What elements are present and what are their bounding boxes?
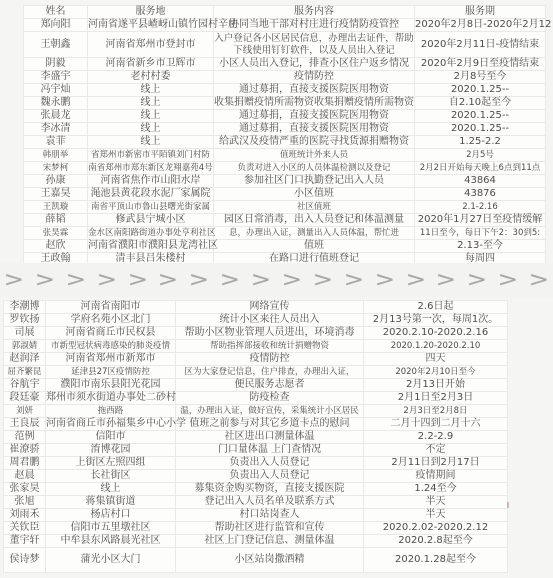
cell-service-period: 2月5号 [415, 149, 546, 162]
cell-service-location: 淯博花园 [46, 444, 176, 457]
cell-service-location: 线上 [88, 110, 214, 123]
cell-service-location: 长社街区 [46, 470, 176, 483]
page-break-divider: > > > > > > > > > > > > > > > > > > [0, 263, 553, 297]
cell-volunteer-name: 李冰清 [24, 123, 88, 136]
cell-volunteer-name: 赵润泽 [4, 353, 46, 366]
table-row: 李盛宇 老村村委 疫情防控 2月8号至今 [24, 71, 546, 84]
cell-service-content: 帮助社区进行监管和宣传 [176, 522, 364, 535]
cell-service-period: 四天 [364, 353, 508, 366]
cell-service-content: 帮助指挥部接收和统计捐赠物资 [176, 340, 364, 353]
cell-volunteer-name: 李盛宇 [24, 71, 88, 84]
header-row: 姓名 服务地 服务内容 服务期 [24, 6, 546, 19]
cell-service-period: 1.25-2.2 [415, 136, 546, 149]
cell-service-period: 2020年1月27日至疫情缓解 [415, 214, 546, 227]
cell-volunteer-name: 郑向阳 [24, 19, 88, 32]
chevron-right-icon: > [345, 267, 363, 293]
cell-service-location: 上街区左照四组 [46, 457, 176, 470]
cell-service-content: 疫情防控 [176, 353, 364, 366]
cell-service-content: 小区人员出入登记，排查小区住户返乡情况 [214, 58, 415, 71]
chevron-right-icon: > [437, 267, 455, 293]
chevron-right-icon: > [499, 267, 517, 293]
chevron-right-icon: > [252, 267, 270, 293]
table-row: 阴毅 河南省新乡市卫辉市 小区人员出入登记，排查小区住户返乡情况 2020年2月… [24, 58, 546, 71]
cell-volunteer-name: 董宇轩 [4, 535, 46, 548]
cell-service-location: 延津县27区疫情防控 [46, 366, 176, 379]
cell-service-content: 区为大家登记信息，住户排查，办理出入证， [176, 366, 364, 379]
cell-service-content: 协同当地干部对村庄进行疫情防疫管控 [214, 19, 415, 32]
cell-service-content: 社区进出口测量体温 [176, 431, 364, 444]
cell-service-location: 河南省焦作市山阳水岸 [88, 175, 214, 188]
cell-service-content: 小区站岗撒酒精 [176, 548, 364, 573]
table-row: 赵润泽 河南省郑州市新郑市 疫情防控 四天 [4, 353, 508, 366]
cell-service-location: 线上 [46, 483, 176, 496]
table-row: 韩朋举 省郑州市新密市平陌镇刘门村防 值班统计外来人员 2月5号 [24, 149, 546, 162]
cell-service-location: 河南省濮阳市濮阳县龙湾社区 [88, 240, 214, 253]
table-row: 王凯璇 南省平顶山市鲁山县曙光街家属 社区值班 2.1-2.16 [24, 201, 546, 214]
cell-service-location: 渑池县黄花段水泥厂家属院 [88, 188, 214, 201]
table-row: 张昊霖 金水区南阳路街道办事处亨利社区 息，办理出入证，测量出入人员体温，帮忙进… [24, 227, 546, 240]
cell-service-period: 不定 [364, 444, 508, 457]
table-row: 魏永鹏 线上 收集捐赠疫情所需物资收集捐赠疫情所需物资 自2.10起至今 [24, 97, 546, 110]
cell-volunteer-name: 周君鹏 [4, 457, 46, 470]
table-row: 崔潦骄 淯博花园 门口量体温 上门查情况 不定 [4, 444, 508, 457]
cell-volunteer-name: 王嘉昊 [24, 188, 88, 201]
table-top-body: 郑向阳 河南省遂平县嵖岈山镇竹园村辛庄 协同当地干部对村庄进行疫情防疫管控 20… [24, 19, 546, 266]
cell-service-content: 负责出入人员登记 [176, 470, 364, 483]
chevron-right-icon: > [159, 267, 177, 293]
cell-service-content: 值班之前参与对其它乡道卡点的慰问 [176, 418, 364, 431]
cell-service-period: 二月十四到二月十六 [364, 418, 508, 431]
table-row: 张晨龙 线上 通过募捐，直接支援医院医用物资 2020.1.25-- [24, 110, 546, 123]
cell-service-location: 蒋集镇街道 [46, 496, 176, 509]
cell-volunteer-name: 谷航宇 [4, 379, 46, 392]
cell-service-period: 疫情期间 [364, 470, 508, 483]
service-table-bottom: 李潮博 河南省南阳市 网络宣传 2.6日起 罗钦扬 学府名苑小区北门 统计小区来… [3, 300, 508, 573]
cell-service-period: 自2.10起至今 [415, 97, 546, 110]
cell-volunteer-name: 韩朋举 [24, 149, 88, 162]
table-row: 关钦臣 信阳市五里墩社区 帮助社区进行监管和宣传 2020.2.02-2020.… [4, 522, 508, 535]
cell-service-content: 息，办理出入证，测量出入人员体温，帮忙进 [214, 227, 415, 240]
cell-service-period: 2020.1.28起至今 [364, 548, 508, 573]
cell-volunteer-name: 赵欣 [24, 240, 88, 253]
cell-volunteer-name: 范例 [4, 431, 46, 444]
cell-service-location: 河南省商丘市民权县 [46, 327, 176, 340]
chevron-right-icon: > [530, 267, 548, 293]
cell-service-period: 2020.2.8起至今 [364, 535, 508, 548]
table-row: 段廷豪 郑州市须水街道办事处二砂村 防疫检查 2月1日至2月3日 [4, 392, 508, 405]
cell-volunteer-name: 刘妍 [4, 405, 46, 418]
table-row: 李冰清 线上 通过募捐，直接支援医院医用物资 2020.1.25-- [24, 123, 546, 136]
cell-service-content: 村口站岗查人 [176, 509, 364, 522]
chevron-right-icon: > [283, 267, 301, 293]
spreadsheet-page: 姓名 服务地 服务内容 服务期 郑向阳 河南省遂平县嵖岈山镇竹园村辛庄 协同当地… [0, 0, 553, 578]
cell-service-location: 河南省南阳市 [46, 301, 176, 314]
cell-volunteer-name: 魏永鹏 [24, 97, 88, 110]
table-row: 孙康 河南省焦作市山阳水岸 参加社区门口执勤登记出入人员 43864 [24, 175, 546, 188]
chevron-right-icon: > [221, 267, 239, 293]
table-row: 王嘉昊 渑池县黄花段水泥厂家属院 小区值班 43876 [24, 188, 546, 201]
cell-service-location: 河南省郑州市登封市 [88, 32, 214, 58]
cell-service-content: 登记出入人员名单及联系方式 [176, 496, 364, 509]
chevron-right-icon: > [5, 267, 23, 293]
cell-volunteer-name: 罗钦扬 [4, 314, 46, 327]
smudge-artifact [507, 502, 509, 508]
cell-service-location: 河南省郑州市新郑市 [46, 353, 176, 366]
cell-volunteer-name: 侯诗梦 [4, 548, 46, 573]
table-row: 董宇轩 中牟县东风路晨光社区 社区上门登记信息、测量体温 2020.2.8起至今 [4, 535, 508, 548]
cell-service-period: 2020.1.25-- [415, 123, 546, 136]
table-row: 宋梦柯 南省郑州市郑东新区龙翔嘉苑4号 负责对进入小区的人员体温检测以及登记 2… [24, 162, 546, 175]
cell-service-content: 便民服务志愿者 [176, 379, 364, 392]
cell-service-period: 2020.2.02-2020.2.12 [364, 522, 508, 535]
cell-service-content: 负责对进入小区的人员体温检测以及登记 [214, 162, 415, 175]
cell-service-location: 老村村委 [88, 71, 214, 84]
cell-service-content: 统计小区来往人员出入 [176, 314, 364, 327]
cell-service-content: 给武汉及疫情严重的医院寻找货源捐赠物资 [214, 136, 415, 149]
cell-service-location: 信阳市 [46, 431, 176, 444]
cell-service-location: 线上 [88, 136, 214, 149]
col-header-content: 服务内容 [214, 6, 415, 19]
table-row: 谷航宇 濮阳市南乐县阳光花园 便民服务志愿者 2月13日开始 [4, 379, 508, 392]
table-row: 冯宇灿 线上 通过募捐，直接支援医院医用物资 2020.1.25-- [24, 84, 546, 97]
chevron-right-icon: > [98, 267, 116, 293]
table-row: 王朝鑫 河南省郑州市登封市 入户登记各小区居民信息，办理出去证件，帮助下线使用钉… [24, 32, 546, 58]
cell-service-location: 修武县宁城小区 [88, 214, 214, 227]
table-row: 周君鹏 上街区左照四组 负责出入人员登记 2月11日到2月17日 [4, 457, 508, 470]
table-row: 罗钦扬 学府名苑小区北门 统计小区来往人员出入 2月13号第一次，每周1次。 [4, 314, 508, 327]
cell-service-location: 郑州市须水街道办事处二砂村 [46, 392, 176, 405]
cell-volunteer-name: 王朝鑫 [24, 32, 88, 58]
col-header-location: 服务地 [88, 6, 214, 19]
cell-service-content: 小区值班 [214, 188, 415, 201]
cell-service-location: 线上 [88, 84, 214, 97]
cell-service-content: 园区日常消毒，出入人员登记和体温测量 [214, 214, 415, 227]
table-row: 刘雨禾 杨店村口 村口站岗查人 半天 [4, 509, 508, 522]
chevron-right-icon: > [376, 267, 394, 293]
cell-service-period: 2020年2月10日至今 [364, 366, 508, 379]
table-row: 王良辰 河南省商丘市孙福集乡中心小学 值班之前参与对其它乡道卡点的慰问 二月十四… [4, 418, 508, 431]
cell-service-location: 市新型冠状病毒感染的肺炎疫情 [46, 340, 176, 353]
cell-service-period: 半天 [364, 496, 508, 509]
cell-service-location: 南省郑州市郑东新区龙翔嘉苑4号 [88, 162, 214, 175]
cell-service-content: 通过募捐，直接支援医院医用物资 [214, 110, 415, 123]
cell-volunteer-name: 司展 [4, 327, 46, 340]
cell-service-location: 南省平顶山市鲁山县曙光街家属 [88, 201, 214, 214]
table-row: 郑向阳 河南省遂平县嵖岈山镇竹园村辛庄 协同当地干部对村庄进行疫情防疫管控 20… [24, 19, 546, 32]
table-row: 屈齐繁昆 延津县27区疫情防控 区为大家登记信息，住户排查，办理出入证， 202… [4, 366, 508, 379]
cell-service-location: 学府名苑小区北门 [46, 314, 176, 327]
cell-volunteer-name: 王凯璇 [24, 201, 88, 214]
table-row: 郭淑婧 市新型冠状病毒感染的肺炎疫情 帮助指挥部接收和统计捐赠物资 2020.1… [4, 340, 508, 353]
cell-service-location: 线上 [88, 123, 214, 136]
cell-volunteer-name: 李潮博 [4, 301, 46, 314]
cell-service-content: 社区值班 [214, 201, 415, 214]
table-header-body: 姓名 服务地 服务内容 服务期 [24, 6, 546, 19]
cell-service-period: 2020.2.10-2020.2.16 [364, 327, 508, 340]
table-row: 赵晨 长社街区 负责出入人员登记 疫情期间 [4, 470, 508, 483]
table-row: 刘妍 拖西路 温，办理出入证，做好宣传，采集统计小区居民 2月3日至2月8日 [4, 405, 508, 418]
cell-volunteer-name: 宋梦柯 [24, 162, 88, 175]
chevron-right-icon: > [314, 267, 332, 293]
cell-service-location: 河南省新乡市卫辉市 [88, 58, 214, 71]
cell-volunteer-name: 张旭 [4, 496, 46, 509]
cell-service-location: 河南省商丘市孙福集乡中心小学 [46, 418, 176, 431]
table-row: 赵欣 河南省濮阳市濮阳县龙湾社区 值班 2.13-至今 [24, 240, 546, 253]
cell-volunteer-name: 冯宇灿 [24, 84, 88, 97]
cell-service-content: 入户登记各小区居民信息，办理出去证件，帮助下线使用钉钉软件，以及人员出入登记 [214, 32, 415, 58]
cell-service-period: 2月3日至2月8日 [364, 405, 508, 418]
cell-service-location: 信阳市五里墩社区 [46, 522, 176, 535]
cell-service-period: 2.2-2.9 [364, 431, 508, 444]
cell-service-period: 2月1日至2月3日 [364, 392, 508, 405]
cell-volunteer-name: 关钦臣 [4, 522, 46, 535]
service-table-top: 姓名 服务地 服务内容 服务期 郑向阳 河南省遂平县嵖岈山镇竹园村辛庄 协同当地… [23, 5, 546, 266]
chevron-right-icon: > [128, 267, 146, 293]
cell-service-period: 2.6日起 [364, 301, 508, 314]
cell-volunteer-name: 王良辰 [4, 418, 46, 431]
cell-service-content: 通过募捐，直接支援医院医用物资 [214, 123, 415, 136]
cell-service-period: 2.1-2.16 [415, 201, 546, 214]
chevron-right-icon: > [36, 267, 54, 293]
cell-service-period: 2.13-至今 [415, 240, 546, 253]
col-header-period: 服务期 [415, 6, 546, 19]
cell-service-content: 网络宣传 [176, 301, 364, 314]
cell-service-period: 半天 [364, 509, 508, 522]
cell-volunteer-name: 孙康 [24, 175, 88, 188]
table-row: 张家昊 线上 募集资金购买物资，直接支援医院 1.24至今 [4, 483, 508, 496]
cell-service-location: 河南省遂平县嵖岈山镇竹园村辛庄 [88, 19, 214, 32]
cell-service-period: 2月11日到2月17日 [364, 457, 508, 470]
cell-service-period: 2月8号至今 [415, 71, 546, 84]
cell-service-period: 2月13日开始 [364, 379, 508, 392]
table-row: 李潮博 河南省南阳市 网络宣传 2.6日起 [4, 301, 508, 314]
cell-service-period: 43864 [415, 175, 546, 188]
cell-service-content: 值班统计外来人员 [214, 149, 415, 162]
cell-volunteer-name: 张昊霖 [24, 227, 88, 240]
table-row: 侯诗梦 蒲光小区大门 小区站岗撒酒精 2020.1.28起至今 [4, 548, 508, 573]
chevron-right-icon: > [190, 267, 208, 293]
cell-service-content: 温，办理出入证，做好宣传，采集统计小区居民 [176, 405, 364, 418]
cell-volunteer-name: 段廷豪 [4, 392, 46, 405]
table-row: 薛韬 修武县宁城小区 园区日常消毒，出入人员登记和体温测量 2020年1月27日… [24, 214, 546, 227]
table-bottom-body: 李潮博 河南省南阳市 网络宣传 2.6日起 罗钦扬 学府名苑小区北门 统计小区来… [4, 301, 508, 573]
cell-volunteer-name: 张家昊 [4, 483, 46, 496]
cell-service-content: 社区上门登记信息、测量体温 [176, 535, 364, 548]
cell-volunteer-name: 阴毅 [24, 58, 88, 71]
cell-service-period: 2020.1.25-- [415, 84, 546, 97]
table-row: 范例 信阳市 社区进出口测量体温 2.2-2.9 [4, 431, 508, 444]
cell-service-location: 濮阳市南乐县阳光花园 [46, 379, 176, 392]
chevron-right-icon: > [468, 267, 486, 293]
cell-service-period: 2月2日开始每天晚上6点到11点 [415, 162, 546, 175]
col-header-name: 姓名 [24, 6, 88, 19]
cell-volunteer-name: 赵晨 [4, 470, 46, 483]
table-row: 袁菲 线上 给武汉及疫情严重的医院寻找货源捐赠物资 1.25-2.2 [24, 136, 546, 149]
cell-volunteer-name: 袁菲 [24, 136, 88, 149]
cell-volunteer-name: 崔潦骄 [4, 444, 46, 457]
cell-service-location: 蒲光小区大门 [46, 548, 176, 573]
cell-service-content: 帮助小区物业管理人员进出，环境消毒 [176, 327, 364, 340]
cell-service-location: 线上 [88, 97, 214, 110]
cell-service-location: 金水区南阳路街道办事处亨利社区 [88, 227, 214, 240]
cell-volunteer-name: 薛韬 [24, 214, 88, 227]
cell-service-content: 参加社区门口执勤登记出入人员 [214, 175, 415, 188]
cell-service-location: 杨店村口 [46, 509, 176, 522]
cell-service-content: 值班 [214, 240, 415, 253]
cell-service-period: 11日至今，每日下午2：30到5: [415, 227, 546, 240]
cell-service-content: 收集捐赠疫情所需物资收集捐赠疫情所需物资 [214, 97, 415, 110]
cell-service-content: 通过募捐，直接支援医院医用物资 [214, 84, 415, 97]
cell-volunteer-name: 张晨龙 [24, 110, 88, 123]
cell-service-content: 募集资金购买物资，直接支援医院 [176, 483, 364, 496]
cell-service-location: 中牟县东风路晨光社区 [46, 535, 176, 548]
cell-service-location: 拖西路 [46, 405, 176, 418]
cell-service-period: 2020年2月11日-疫情结束 [415, 32, 546, 58]
cell-service-period: 2020.1.20-2020.2.10 [364, 340, 508, 353]
cell-service-period: 43876 [415, 188, 546, 201]
chevron-right-icon: > [67, 267, 85, 293]
cell-volunteer-name: 刘雨禾 [4, 509, 46, 522]
cell-service-period: 2020.1.25-- [415, 110, 546, 123]
cell-service-period: 2020年2月9日至疫情结束 [415, 58, 546, 71]
chevron-right-icon: > [406, 267, 424, 293]
cell-service-content: 门口量体温 上门查情况 [176, 444, 364, 457]
table-row: 张旭 蒋集镇街道 登记出入人员名单及联系方式 半天 [4, 496, 508, 509]
cell-service-content: 负责出入人员登记 [176, 457, 364, 470]
cell-service-period: 2月13号第一次，每周1次。 [364, 314, 508, 327]
cell-volunteer-name: 屈齐繁昆 [4, 366, 46, 379]
cell-service-period: 1.24至今 [364, 483, 508, 496]
cell-volunteer-name: 郭淑婧 [4, 340, 46, 353]
cell-service-location: 省郑州市新密市平陌镇刘门村防 [88, 149, 214, 162]
cell-service-period: 2020年2月8日-2020年2月12日 [415, 19, 546, 32]
cell-service-content: 防疫检查 [176, 392, 364, 405]
table-row: 司展 河南省商丘市民权县 帮助小区物业管理人员进出，环境消毒 2020.2.10… [4, 327, 508, 340]
cell-service-content: 疫情防控 [214, 71, 415, 84]
